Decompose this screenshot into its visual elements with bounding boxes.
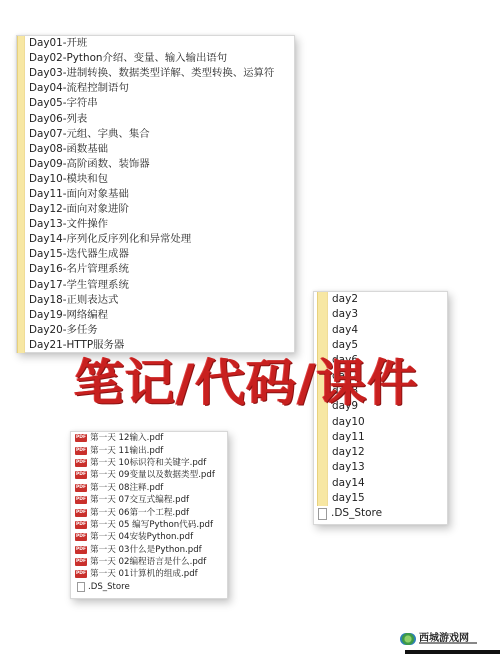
folder-label: Day08-函数基础 bbox=[29, 142, 108, 157]
pdf-file-item[interactable]: PDF第一天 02编程语言是什么.pdf bbox=[71, 556, 227, 568]
folder-item-day11[interactable]: day11 bbox=[314, 430, 447, 445]
pdf-file-item[interactable]: PDF第一天 03什么是Python.pdf bbox=[71, 544, 227, 556]
file-item-ds-store[interactable]: .DS_Store bbox=[71, 581, 227, 593]
folder-item-day06[interactable]: Day06-列表 bbox=[17, 111, 294, 126]
folder-label: Day18-正则表达式 bbox=[29, 293, 118, 308]
folder-item-day01[interactable]: Day01-开班 bbox=[17, 36, 294, 51]
folder-label: Day11-面向对象基础 bbox=[29, 187, 129, 202]
pdf-icon: PDF bbox=[75, 447, 87, 455]
folder-icon bbox=[317, 445, 328, 460]
folder-item-day09[interactable]: Day09-高阶函数、装饰器 bbox=[17, 157, 294, 172]
folder-item-day12[interactable]: day12 bbox=[314, 445, 447, 460]
folder-item-day3[interactable]: day3 bbox=[314, 307, 447, 322]
folder-label: day5 bbox=[332, 338, 358, 353]
folder-item-day21[interactable]: Day21-HTTP服务器 bbox=[17, 338, 294, 353]
folder-item-day19[interactable]: Day19-网络编程 bbox=[17, 308, 294, 323]
folder-item-day20[interactable]: Day20-多任务 bbox=[17, 323, 294, 338]
pdf-file-item[interactable]: PDF第一天 07交互式编程.pdf bbox=[71, 494, 227, 506]
folder-label: Day04-流程控制语句 bbox=[29, 81, 129, 96]
folder-item-day08[interactable]: Day08-函数基础 bbox=[17, 142, 294, 157]
folder-icon bbox=[17, 172, 25, 187]
folder-icon bbox=[17, 111, 25, 126]
folder-label: Day05-字符串 bbox=[29, 96, 98, 111]
folder-icon bbox=[17, 96, 25, 111]
file-label: 第一天 08注释.pdf bbox=[90, 482, 163, 494]
folder-label: day3 bbox=[332, 307, 358, 322]
file-label: 第一天 11输出.pdf bbox=[90, 445, 163, 457]
folder-item-day11[interactable]: Day11-面向对象基础 bbox=[17, 187, 294, 202]
folder-label: Day20-多任务 bbox=[29, 323, 98, 338]
pdf-icon: PDF bbox=[75, 471, 87, 479]
folder-item-day18[interactable]: Day18-正则表达式 bbox=[17, 293, 294, 308]
folder-icon bbox=[317, 307, 328, 322]
folder-label: Day13-文件操作 bbox=[29, 217, 108, 232]
file-label: 第一天 02编程语言是什么.pdf bbox=[90, 556, 206, 568]
folder-item-day14[interactable]: day14 bbox=[314, 476, 447, 491]
folder-icon bbox=[17, 232, 25, 247]
folder-icon bbox=[17, 127, 25, 142]
folder-label: Day19-网络编程 bbox=[29, 308, 108, 323]
folder-item-day13[interactable]: Day13-文件操作 bbox=[17, 217, 294, 232]
watermark-bar bbox=[405, 650, 500, 654]
folder-icon bbox=[17, 278, 25, 293]
folder-item-day2[interactable]: day2 bbox=[314, 292, 447, 307]
folder-icon bbox=[17, 247, 25, 262]
folder-icon bbox=[317, 292, 328, 307]
folder-item-day15[interactable]: Day15-迭代器生成器 bbox=[17, 247, 294, 262]
pdf-icon: PDF bbox=[75, 533, 87, 541]
folder-icon bbox=[17, 81, 25, 96]
site-logo-icon bbox=[400, 633, 416, 645]
folder-label: day4 bbox=[332, 323, 358, 338]
folder-icon bbox=[17, 338, 25, 353]
pdf-file-item[interactable]: PDF第一天 10标识符和关键字.pdf bbox=[71, 457, 227, 469]
folder-icon bbox=[17, 262, 25, 277]
file-label: 第一天 05 编写Python代码.pdf bbox=[90, 519, 213, 531]
folder-icon bbox=[317, 430, 328, 445]
folder-item-day5[interactable]: day5 bbox=[314, 338, 447, 353]
folder-label: day11 bbox=[332, 430, 365, 445]
folder-label: Day17-学生管理系统 bbox=[29, 278, 129, 293]
pdf-icon: PDF bbox=[75, 496, 87, 504]
folder-icon bbox=[17, 142, 25, 157]
file-label: 第一天 12输入.pdf bbox=[90, 432, 163, 444]
folder-icon bbox=[17, 323, 25, 338]
file-label: 第一天 06第一个工程.pdf bbox=[90, 507, 189, 519]
folder-icon bbox=[17, 202, 25, 217]
folder-item-day17[interactable]: Day17-学生管理系统 bbox=[17, 278, 294, 293]
folder-item-day03[interactable]: Day03-进制转换、数据类型详解、类型转换、运算符 bbox=[17, 66, 294, 81]
file-label: 第一天 04安装Python.pdf bbox=[90, 531, 193, 543]
folder-item-day16[interactable]: Day16-名片管理系统 bbox=[17, 262, 294, 277]
pdf-file-item[interactable]: PDF第一天 01计算机的组成.pdf bbox=[71, 568, 227, 580]
folder-icon bbox=[317, 338, 328, 353]
folder-item-day04[interactable]: Day04-流程控制语句 bbox=[17, 81, 294, 96]
folder-label: Day01-开班 bbox=[29, 36, 87, 51]
folder-list-panel: Day01-开班 Day02-Python介绍、变量、输入输出语句 Day03-… bbox=[16, 35, 295, 353]
folder-label: Day07-元组、字典、集合 bbox=[29, 127, 150, 142]
pdf-file-item[interactable]: PDF第一天 09变量以及数据类型.pdf bbox=[71, 469, 227, 481]
folder-icon bbox=[317, 414, 328, 429]
file-label: .DS_Store bbox=[88, 581, 130, 593]
folder-item-day14[interactable]: Day14-序列化反序列化和异常处理 bbox=[17, 232, 294, 247]
pdf-file-item[interactable]: PDF第一天 06第一个工程.pdf bbox=[71, 506, 227, 518]
folder-icon bbox=[17, 187, 25, 202]
folder-icon bbox=[317, 491, 328, 506]
file-label: 第一天 10标识符和关键字.pdf bbox=[90, 457, 206, 469]
folder-label: Day16-名片管理系统 bbox=[29, 262, 129, 277]
folder-icon bbox=[317, 323, 328, 338]
file-label: 第一天 09变量以及数据类型.pdf bbox=[90, 469, 215, 481]
folder-label: Day09-高阶函数、装饰器 bbox=[29, 157, 150, 172]
folder-icon bbox=[17, 157, 25, 172]
folder-item-day13[interactable]: day13 bbox=[314, 460, 447, 475]
pdf-file-item[interactable]: PDF第一天 08注释.pdf bbox=[71, 482, 227, 494]
folder-label: Day10-模块和包 bbox=[29, 172, 108, 187]
folder-icon bbox=[17, 293, 25, 308]
file-icon bbox=[77, 582, 85, 592]
folder-item-day02[interactable]: Day02-Python介绍、变量、输入输出语句 bbox=[17, 51, 294, 66]
overlay-title: 笔记/代码/课件 bbox=[74, 352, 434, 414]
watermark: 西城游戏网 bbox=[400, 628, 480, 650]
folder-label: Day21-HTTP服务器 bbox=[29, 338, 124, 353]
pdf-icon: PDF bbox=[75, 546, 87, 554]
pdf-file-panel: PDF第一天 12输入.pdf PDF第一天 11输出.pdf PDF第一天 1… bbox=[70, 431, 228, 599]
file-label: 第一天 03什么是Python.pdf bbox=[90, 544, 202, 556]
folder-icon bbox=[317, 476, 328, 491]
folder-label: day13 bbox=[332, 460, 365, 475]
folder-label: Day02-Python介绍、变量、输入输出语句 bbox=[29, 51, 227, 66]
folder-item-day07[interactable]: Day07-元组、字典、集合 bbox=[17, 127, 294, 142]
pdf-file-item[interactable]: PDF第一天 11输出.pdf bbox=[71, 444, 227, 456]
file-label: .DS_Store bbox=[331, 506, 382, 521]
folder-label: day14 bbox=[332, 476, 365, 491]
folder-label: day2 bbox=[332, 292, 358, 307]
file-label: 第一天 07交互式编程.pdf bbox=[90, 494, 189, 506]
pdf-file-item[interactable]: PDF第一天 12输入.pdf bbox=[71, 432, 227, 444]
folder-icon bbox=[17, 66, 25, 81]
folder-label: Day14-序列化反序列化和异常处理 bbox=[29, 232, 191, 247]
folder-icon bbox=[17, 308, 25, 323]
folder-item-day05[interactable]: Day05-字符串 bbox=[17, 96, 294, 111]
pdf-file-item[interactable]: PDF第一天 04安装Python.pdf bbox=[71, 531, 227, 543]
folder-label: Day06-列表 bbox=[29, 112, 87, 127]
folder-item-day10[interactable]: day10 bbox=[314, 414, 447, 429]
folder-icon bbox=[17, 36, 25, 51]
folder-item-day4[interactable]: day4 bbox=[314, 323, 447, 338]
folder-icon bbox=[17, 51, 25, 66]
folder-icon bbox=[317, 460, 328, 475]
folder-label: day15 bbox=[332, 491, 365, 506]
folder-item-day15[interactable]: day15 bbox=[314, 491, 447, 506]
folder-label: day10 bbox=[332, 415, 365, 430]
pdf-icon: PDF bbox=[75, 459, 87, 467]
pdf-icon: PDF bbox=[75, 509, 87, 517]
pdf-icon: PDF bbox=[75, 484, 87, 492]
pdf-icon: PDF bbox=[75, 521, 87, 529]
file-icon bbox=[318, 508, 327, 520]
folder-icon bbox=[17, 217, 25, 232]
folder-label: Day12-面向对象进阶 bbox=[29, 202, 129, 217]
folder-label: day12 bbox=[332, 445, 365, 460]
watermark-subtext-line bbox=[419, 642, 477, 644]
folder-label: Day15-迭代器生成器 bbox=[29, 247, 129, 262]
file-label: 第一天 01计算机的组成.pdf bbox=[90, 568, 198, 580]
pdf-icon: PDF bbox=[75, 570, 87, 578]
file-item-ds-store[interactable]: .DS_Store bbox=[314, 506, 447, 521]
pdf-file-item[interactable]: PDF第一天 05 编写Python代码.pdf bbox=[71, 519, 227, 531]
folder-item-day10[interactable]: Day10-模块和包 bbox=[17, 172, 294, 187]
folder-label: Day03-进制转换、数据类型详解、类型转换、运算符 bbox=[29, 66, 274, 81]
folder-item-day12[interactable]: Day12-面向对象进阶 bbox=[17, 202, 294, 217]
pdf-icon: PDF bbox=[75, 434, 87, 442]
pdf-icon: PDF bbox=[75, 558, 87, 566]
